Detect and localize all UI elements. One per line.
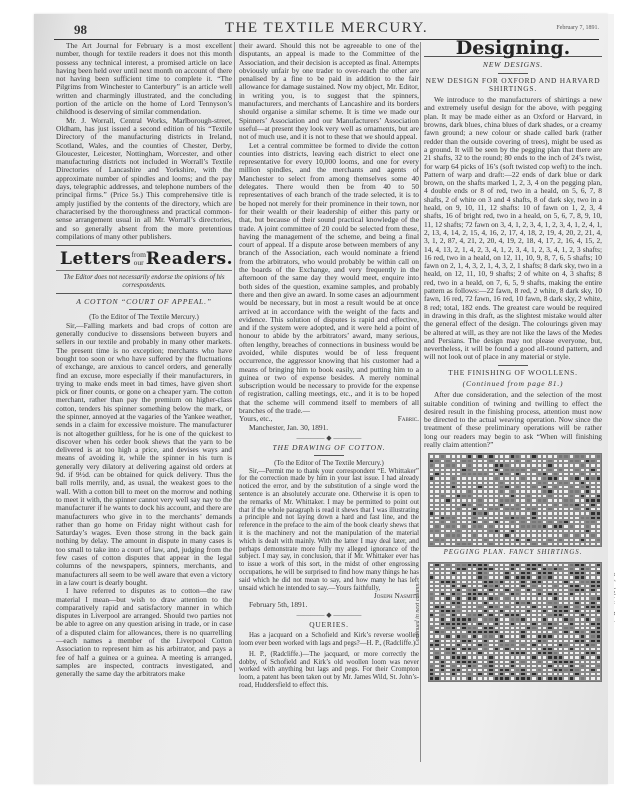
query-answer: H. P., (Radcliffe.)—The jacquard, or mor…	[239, 651, 419, 690]
article-title-cotton-court: A COTTON “COURT OF APPEAL.”	[56, 298, 232, 306]
column-2: their award. Should this not be agreeabl…	[239, 42, 419, 690]
title-rule	[314, 455, 344, 456]
ornament-divider: ———— ◆ ————	[239, 612, 419, 618]
column-1: The Art Journal for February is a most e…	[56, 42, 232, 678]
masthead: 98 THE TEXTILE MERCURY. February 7, 1891…	[54, 18, 599, 38]
to-editor-line: (To the Editor of The Textile Mercury.)	[239, 459, 419, 467]
drawing-date: February 5th, 1891.	[239, 601, 419, 609]
design-description: We introduce to the manufacturers of shi…	[424, 96, 602, 362]
cotton-court-paragraph: Sir,—Falling markets and bad crops of co…	[56, 322, 232, 588]
letters-heading-middle: from our	[131, 251, 146, 267]
cotton-court-continued: Let a central committee be formed to div…	[239, 142, 419, 416]
letters-heading-right: Readers.	[146, 255, 233, 263]
section-rule	[56, 293, 232, 294]
worrall-directory-paragraph: Mr. J. Worrall, Central Works, Marlborou…	[56, 117, 232, 241]
article-title-drawing-cotton: THE DRAWING OF COTTON.	[239, 444, 419, 452]
new-designs-heading: NEW DESIGNS.	[424, 61, 602, 69]
pattern-cell	[596, 676, 601, 680]
design-pattern-grid	[428, 562, 602, 682]
title-rule	[129, 309, 159, 310]
queries-title: QUERIES.	[239, 621, 419, 629]
letters-heading-left: Letters	[60, 255, 131, 263]
design-title: NEW DESIGN FOR OXFORD AND HARVARD SHIRTI…	[424, 77, 602, 94]
journal-title: THE TEXTILE MERCURY.	[54, 20, 599, 37]
title-rule	[498, 73, 528, 74]
finishing-title: THE FINISHING OF WOOLLENS.	[424, 369, 602, 377]
design-name-note: Oxford Shirting Design.	[608, 572, 616, 630]
title-rule	[498, 365, 528, 366]
pegging-plan-grid	[428, 453, 602, 547]
drawing-letter-body: Sir,—Permit me to thank your corresponde…	[239, 468, 419, 593]
column-divider	[420, 42, 421, 762]
editor-disclaimer: The Editor does not necessarily endorse …	[60, 274, 228, 289]
newspaper-page: 98 THE TEXTILE MERCURY. February 7, 1891…	[34, 14, 608, 784]
column-3: Designing. NEW DESIGNS. NEW DESIGN FOR O…	[424, 42, 602, 684]
signoff-author: Fabric.	[398, 415, 419, 423]
ornament-divider: ———— ◆ ————	[239, 435, 419, 441]
finishing-continued-note: (Continued from page 81.)	[424, 380, 602, 388]
pegging-plan-caption: PEGGING PLAN. FANCY SHIRTINGS.	[424, 549, 602, 557]
finishing-body: After due consideration, and the selecti…	[424, 391, 602, 449]
place-date: Manchester, Jan. 30, 1891.	[239, 424, 419, 432]
cotton-court-paragraph: I have referred to disputes as to cotton…	[56, 587, 232, 678]
pattern-cell	[596, 542, 601, 546]
letters-heading-our: our	[134, 258, 144, 267]
issue-date: February 7, 1891.	[556, 25, 599, 31]
letters-heading: Letters from our Readers.	[60, 251, 228, 267]
design-pattern-figure: Continued in next column. Oxford Shirtin…	[424, 562, 602, 682]
section-title-designing: Designing.	[424, 44, 602, 52]
cotton-court-continued: their award. Should this not be agreeabl…	[239, 42, 419, 142]
art-journal-paragraph: The Art Journal for February is a most e…	[56, 42, 232, 117]
continued-note: Continued in next column.	[414, 582, 422, 645]
section-rule	[56, 245, 232, 246]
section-rule	[56, 270, 232, 271]
pegging-plan-figure: PEGGING PLAN. FANCY SHIRTINGS.	[424, 453, 602, 557]
column-divider	[234, 42, 235, 672]
query-question: Has a jacquard on a Schofield and Kirk’s…	[239, 632, 419, 648]
